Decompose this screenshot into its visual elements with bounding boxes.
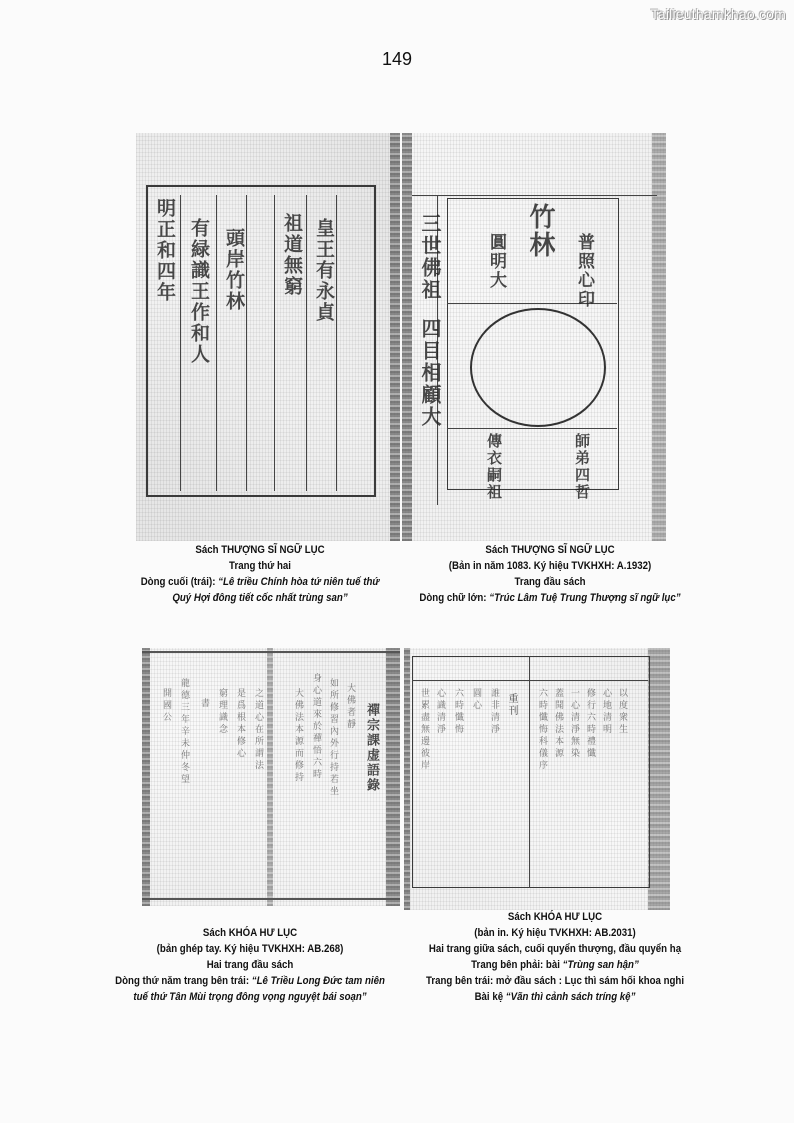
page-edge	[402, 133, 412, 541]
caption-bottom-left: Sách KHÓA HƯ LỤC (bản ghép tay. Ký hiệu …	[96, 925, 404, 1005]
chinese-column: 以度衆生	[616, 688, 629, 736]
chinese-column: 心地清明	[600, 688, 613, 736]
caption-line: (bản ghép tay. Ký hiệu TVKHXH: AB.268)	[96, 941, 404, 957]
chinese-column: 是爲根本修心	[234, 688, 247, 760]
caption-line: Bài kệ “Vãn thì cảnh sách tríng kệ”	[401, 989, 709, 1005]
chinese-column: 六時懺悔	[452, 688, 465, 736]
chinese-column: 如所修習內外行持若坐	[327, 678, 340, 798]
chinese-column: 身心道來於禪悟六時	[310, 673, 323, 781]
caption-title: Sách KHÓA HƯ LỤC	[96, 925, 404, 941]
page-number: 149	[0, 49, 794, 70]
column-rule	[180, 195, 181, 491]
caption-line: (bản in. Ký hiệu TVKHXH: AB.2031)	[401, 925, 709, 941]
caption-title: Sách THƯỢNG SĨ NGỮ LỤC	[110, 542, 409, 558]
caption-line: Dòng cuối (trái): “Lê triều Chính hòa tứ…	[110, 574, 409, 590]
column-rule	[306, 195, 307, 491]
caption-line: Quý Hợi đông tiết cốc nhất trùng san”	[110, 590, 409, 606]
page-edge	[142, 648, 150, 906]
frame-rule	[412, 195, 657, 196]
book-spine	[529, 656, 530, 888]
chinese-column: 心識清淨	[434, 688, 447, 736]
chinese-column: 四目相顧大	[416, 318, 445, 428]
chinese-column: 修行六時禮懺	[584, 688, 597, 760]
frame-rule	[447, 428, 617, 429]
chinese-column: 禪宗課虚語錄	[362, 703, 381, 793]
chinese-column: 一心清淨無染	[568, 688, 581, 760]
column-rule	[216, 195, 217, 491]
page-edge	[404, 648, 410, 910]
chinese-column: 圓明大	[484, 233, 509, 290]
book-spine	[267, 648, 273, 906]
chinese-column: 重刊	[504, 693, 519, 717]
plate-khoa-hu-luc-printed: 世累盡無邊彼岸 心識清淨 六時懺悔 圓心 誰非清淨 重刊 六時懺悔科儀序 蓋聞佛…	[404, 648, 670, 910]
column-rule	[274, 195, 275, 491]
frame-rule	[142, 898, 400, 900]
caption-title: Sách KHÓA HƯ LỤC	[401, 909, 709, 925]
chinese-column: 開國公	[160, 688, 173, 724]
caption-title: Sách THƯỢNG SĨ NGỮ LỤC	[400, 542, 699, 558]
caption-line: Trang bên phải: bài “Trùng san hận”	[401, 957, 709, 973]
plate-thuong-si-ngu-luc-second-page: 皇王有永貞 祖道無窮 頭岸竹林 有緑識王作和人 明正和四年	[136, 133, 400, 541]
chinese-column: 普照心印	[572, 233, 597, 309]
chinese-column: 明正和四年	[152, 198, 179, 303]
caption-line: Hai trang giữa sách, cuối quyển thượng, …	[401, 941, 709, 957]
caption-line: Trang đầu sách	[400, 574, 699, 590]
chinese-column: 傳衣嗣祖	[484, 433, 505, 501]
page-edge	[390, 133, 400, 541]
chinese-column: 有緑識王作和人	[186, 218, 213, 365]
seal-circle	[470, 308, 606, 427]
chinese-column: 蓋聞佛法本源	[552, 688, 565, 760]
caption-line: Trang thứ hai	[110, 558, 409, 574]
chinese-column: 龍德三年辛未仲冬望	[178, 678, 191, 786]
caption-line: tuế thứ Tân Mùi trọng đông vọng nguyệt b…	[96, 989, 404, 1005]
chinese-column: 書	[198, 698, 211, 710]
chinese-column: 誰非清淨	[488, 688, 501, 736]
caption-line: Hai trang đầu sách	[96, 957, 404, 973]
chinese-column: 六時懺悔科儀序	[536, 688, 549, 772]
page-edge	[648, 648, 670, 910]
chinese-column: 皇王有永貞	[311, 218, 338, 323]
caption-top-left: Sách THƯỢNG SĨ NGỮ LỤC Trang thứ hai Dòn…	[110, 542, 409, 606]
chinese-column: 祖道無窮	[279, 213, 306, 297]
caption-top-right: Sách THƯỢNG SĨ NGỮ LỤC (Bản in năm 1083.…	[400, 542, 699, 606]
title-large-char: 竹林	[522, 203, 559, 259]
plate-thuong-si-ngu-luc-title-page: 三世佛祖 四目相顧大 圓明大 普照心印 竹林 傳衣嗣祖 師弟四哲	[402, 133, 666, 541]
chinese-column: 師弟四哲	[572, 433, 593, 501]
frame-rule	[412, 680, 648, 681]
print-frame	[412, 656, 650, 888]
chinese-column: 窮理識念	[216, 688, 229, 736]
chinese-column: 大佛者靜	[344, 683, 357, 731]
caption-line: Dòng thứ năm trang bên trái: “Lê Triều L…	[96, 973, 404, 989]
frame-rule	[142, 651, 400, 653]
chinese-column: 大佛法本源而修持	[292, 688, 305, 784]
plate-khoa-hu-luc-handcopied: 禪宗課虚語錄 大佛者靜 如所修習內外行持若坐 身心道來於禪悟六時 大佛法本源而修…	[142, 648, 400, 906]
chinese-column: 之道心在所謂法	[252, 688, 265, 772]
caption-line: Trang bên trái: mở đầu sách : Lục thì sá…	[401, 973, 709, 989]
watermark: Tailieuthamkhao.com	[651, 6, 786, 22]
chinese-column: 三世佛祖	[416, 213, 445, 301]
chinese-column: 圓心	[470, 688, 483, 712]
caption-line: Dòng chữ lớn: “Trúc Lâm Tuệ Trung Thượng…	[400, 590, 699, 606]
page-edge	[386, 648, 400, 906]
caption-line: (Bản in năm 1083. Ký hiệu TVKHXH: A.1932…	[400, 558, 699, 574]
chinese-column: 世累盡無邊彼岸	[418, 688, 431, 772]
caption-bottom-right: Sách KHÓA HƯ LỤC (bản in. Ký hiệu TVKHXH…	[401, 909, 709, 1005]
chinese-column: 頭岸竹林	[221, 228, 248, 312]
